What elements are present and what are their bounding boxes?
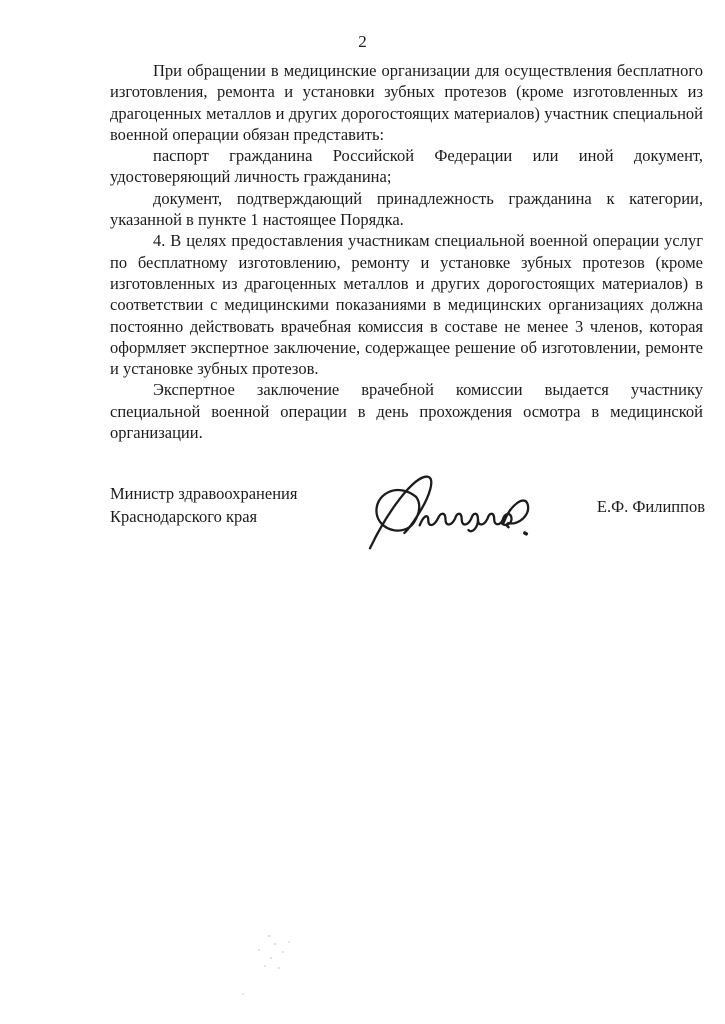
- signature-block: Министр здравоохранения Краснодарского к…: [110, 482, 705, 554]
- signature-icon: [360, 468, 552, 554]
- document-page: 2 При обращении в медицинские организаци…: [0, 0, 725, 1024]
- position-line-2: Краснодарского края: [110, 505, 297, 528]
- paragraph-4: 4. В целях предоставления участникам спе…: [110, 230, 703, 379]
- page-number: 2: [0, 32, 725, 52]
- paragraph-2: паспорт гражданина Российской Федерации …: [110, 145, 703, 188]
- paragraph-3: документ, подтверждающий принадлежность …: [110, 188, 703, 231]
- signatory-name: Е.Ф. Филиппов: [597, 495, 705, 518]
- signatory-position: Министр здравоохранения Краснодарского к…: [110, 482, 297, 528]
- paragraph-1: При обращении в медицинские организации …: [110, 60, 703, 145]
- handwritten-signature: [360, 468, 552, 554]
- document-body: При обращении в медицинские организации …: [110, 60, 703, 443]
- position-line-1: Министр здравоохранения: [110, 482, 297, 505]
- paragraph-5: Экспертное заключение врачебной комиссии…: [110, 379, 703, 443]
- scan-noise: [268, 935, 270, 937]
